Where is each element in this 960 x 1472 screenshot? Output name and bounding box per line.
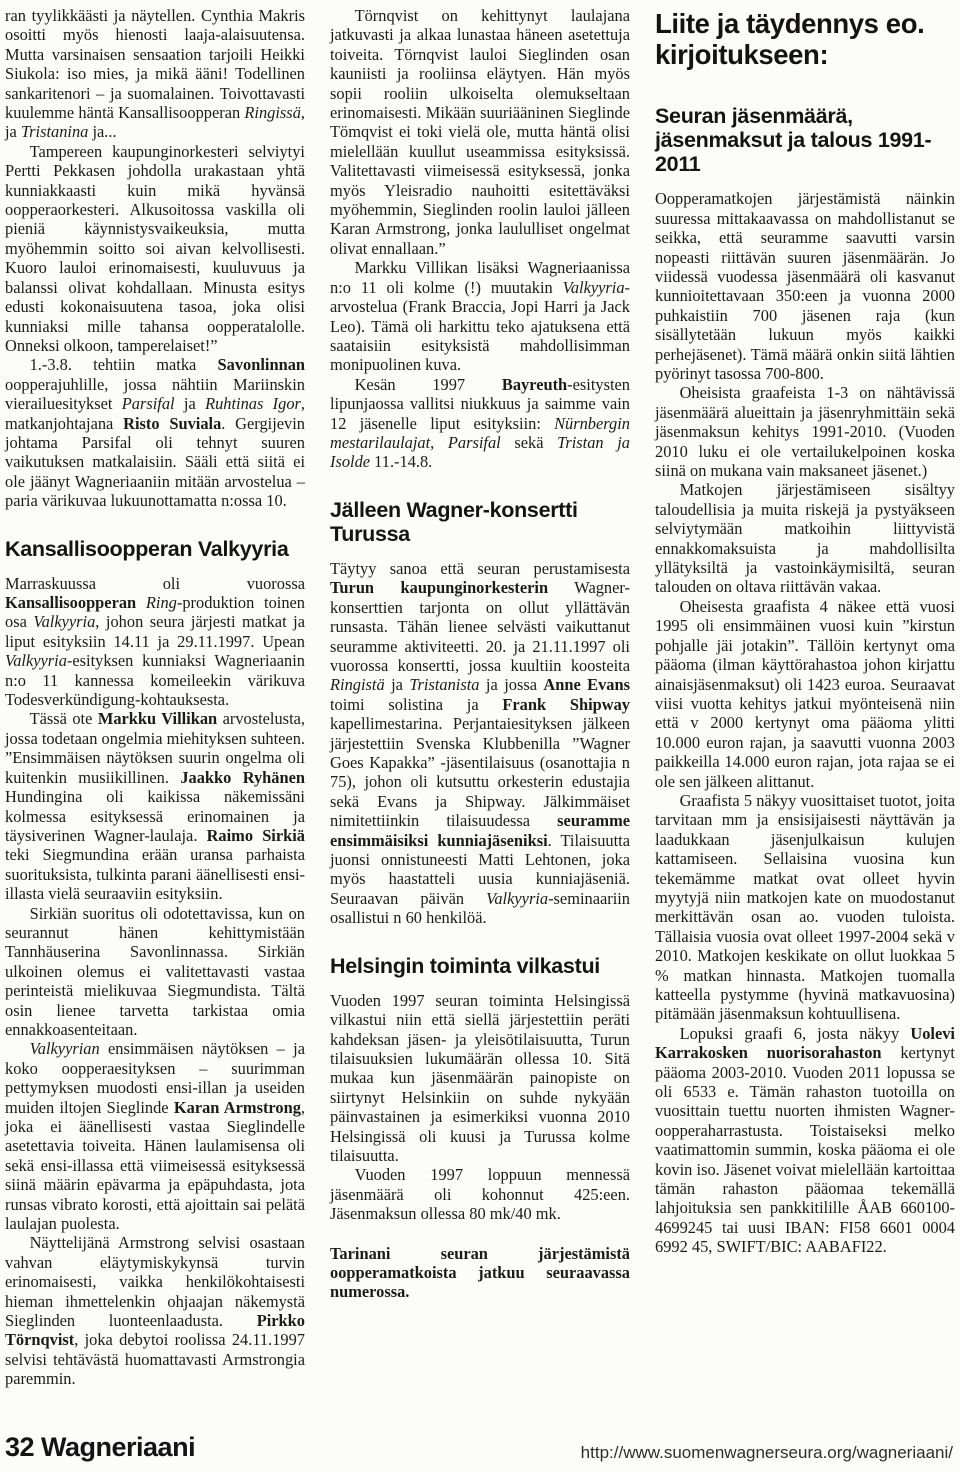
paragraph: Kesän 1997 Bayreuth-esitysten lipunjaoss…: [330, 375, 630, 472]
section-heading: Kansallisoopperan Valkyyria: [5, 537, 305, 561]
paragraph: 1.-3.8. tehtiin matka Savonlinnan oopper…: [5, 355, 305, 510]
paragraph: Valkyyrian ensimmäisen näytöksen – ja ko…: [5, 1039, 305, 1233]
paragraph: Sirkiän suoritus oli odotettavissa, kun …: [5, 904, 305, 1040]
footer-url: http://www.suomenwagnerseura.org/wagneri…: [581, 1443, 953, 1463]
paragraph: Markku Villikan lisäksi Wagneriaanissa n…: [330, 258, 630, 374]
paragraph: Matkojen järjestämiseen sisältyy taloude…: [655, 480, 955, 596]
page-number: 32 Wagneriaani: [5, 1432, 195, 1463]
paragraph: Näyttelijänä Armstrong selvisi osastaan …: [5, 1233, 305, 1388]
paragraph: Oheisista graafeista 1-3 on nähtävissä j…: [655, 383, 955, 480]
paragraph: Marraskuussa oli vuorossa Kansallisooppe…: [5, 574, 305, 710]
paragraph: Oheisesta graafista 4 näkee että vuosi 1…: [655, 597, 955, 791]
section-heading: Jälleen Wagner-konsertti Turussa: [330, 498, 630, 546]
paragraph: Tarinani seuran järjestämistä oopperamat…: [330, 1244, 630, 1302]
paragraph: Täytyy sanoa että seuran perustamisesta …: [330, 559, 630, 928]
paragraph: ran tyylikkäästi ja näytellen. Cynthia M…: [5, 6, 305, 142]
paragraph: Vuoden 1997 loppuun mennessä jäsenmäärä …: [330, 1165, 630, 1223]
paragraph: Oopperamatkojen järjestämistä näinkin su…: [655, 189, 955, 383]
section-heading: Seuran jäsenmäärä, jäsenmaksut ja talous…: [655, 104, 955, 176]
article-columns: ran tyylikkäästi ja näytellen. Cynthia M…: [5, 6, 955, 1389]
paragraph: Tampereen kaupunginorkesteri selviytyi P…: [5, 142, 305, 355]
paragraph: Tässä ote Markku Villikan arvostelusta, …: [5, 709, 305, 903]
paragraph: Törnqvist on kehittynyt laulajana jatkuv…: [330, 6, 630, 258]
article-title: Liite ja täydennys eo. kirjoitukseen:: [655, 8, 955, 70]
paragraph: Lopuksi graafi 6, josta näkyy Uolevi Kar…: [655, 1024, 955, 1257]
paragraph: Graafista 5 näkyy vuosittaiset tuotot, j…: [655, 791, 955, 1024]
column-left: ran tyylikkäästi ja näytellen. Cynthia M…: [5, 6, 305, 1389]
column-right: Liite ja täydennys eo. kirjoitukseen:Seu…: [655, 6, 955, 1389]
magazine-page: ran tyylikkäästi ja näytellen. Cynthia M…: [0, 0, 960, 1472]
column-middle: Törnqvist on kehittynyt laulajana jatkuv…: [330, 6, 630, 1389]
page-footer: 32 Wagneriaani http://www.suomenwagnerse…: [5, 1432, 953, 1463]
paragraph: Vuoden 1997 seuran toiminta Helsingissä …: [330, 991, 630, 1166]
section-heading: Helsingin toiminta vilkastui: [330, 954, 630, 978]
